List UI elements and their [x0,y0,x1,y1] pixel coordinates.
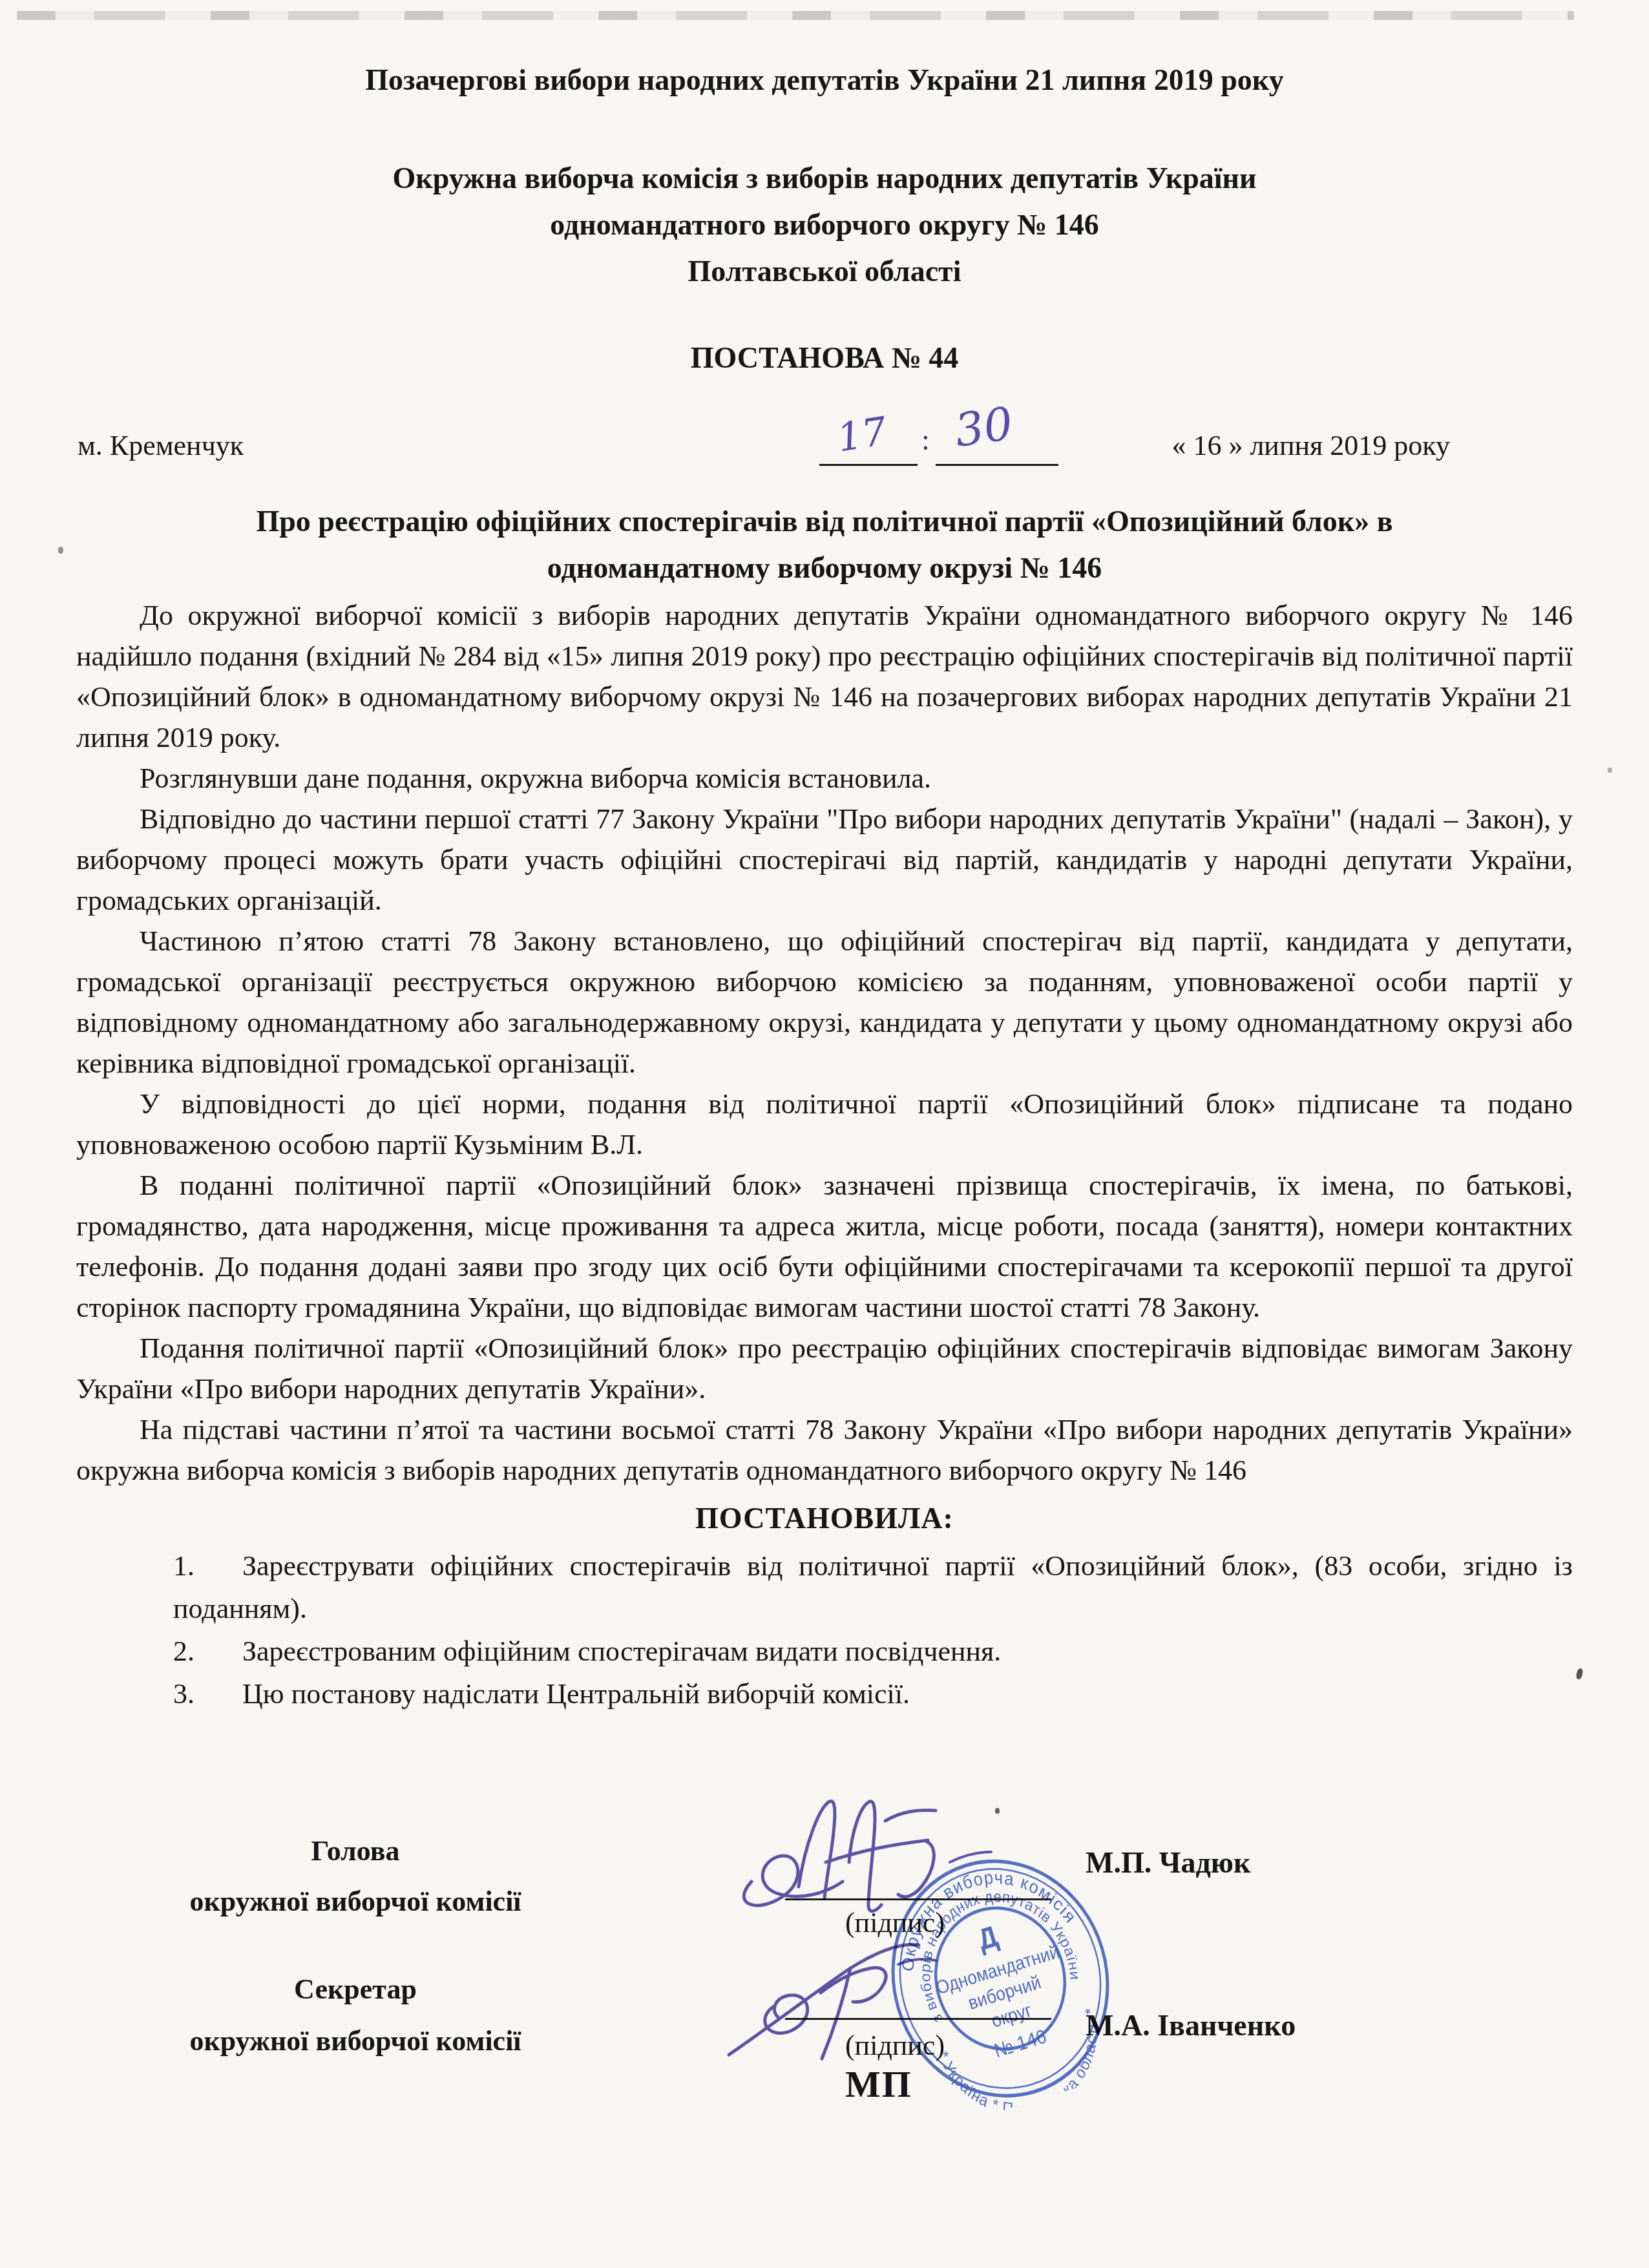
time-underline-minutes [936,464,1058,466]
resolution-number-title: ПОСТАНОВА № 44 [76,340,1573,376]
header-district-line: одномандатного виборчого округу № 146 [76,202,1573,248]
secretary-signature-caption: (підпис) [792,2029,998,2062]
paragraph: Розглянувши дане подання, окружна виборч… [76,758,1573,799]
paragraph: До окружної виборчої комісії з виборів н… [76,595,1573,758]
stamp-center-line: № 146 [992,2026,1049,2062]
paragraph: В поданні політичної партії «Опозиційний… [76,1165,1573,1328]
header-election-title: Позачергові вибори народних депутатів Ук… [76,0,1573,98]
secretary-signature-line [785,2018,1051,2020]
handwritten-hours: 17 [834,408,890,461]
round-stamp: Окружна виборча комісія з виборів народн… [854,1824,1146,2133]
subject-title: Про реєстрацію офіційних спостерігачів в… [159,498,1490,591]
stamp-center-line: виборчий [965,1971,1043,2013]
scan-speck [58,547,63,554]
secretary-signature-ink [711,1931,995,2070]
secretary-name: М.А. Іванченко [1086,2008,1296,2042]
chairman-role-line1: Голова [220,1834,491,1869]
item-text: Зареєстрованим офіційним спостерігачам в… [242,1635,1001,1667]
stamp-center-line: Одномандатний [934,1941,1062,1999]
item-number: 2. [173,1630,242,1673]
paragraph: Частиною п’ятою статті 78 Закону встанов… [76,921,1573,1084]
stamp-ring-middle-text: з виборів народних депутатів України [895,1867,1087,2027]
city-label: м. Кременчук [78,429,244,462]
stamp-center-line: округ [989,1999,1034,2032]
chairman-name: М.П. Чадюк [1086,1845,1250,1880]
svg-text:з виборів народних депутатів У: з виборів народних депутатів України [895,1867,1087,2027]
paragraph: На підставі частини п’ятої та частини во… [76,1409,1573,1491]
chairman-role-line2: окружної виборчої комісії [174,1884,536,1919]
stamp-center-letter: Д [974,1920,1002,1957]
paragraph: Подання політичної партії «Опозиційний б… [76,1328,1573,1409]
handwritten-minutes: 30 [952,397,1016,457]
seal-place-mark: МП [845,2063,912,2106]
secretary-role-line2: окружної виборчої комісії [174,2024,536,2059]
header-commission-block: Окружна виборча комісія з виборів народн… [76,155,1573,295]
secretary-role-line1: Секретар [220,1972,491,2007]
header-region-line: Полтавської області [76,248,1573,295]
resolution-item: 2.Зареєстрованим офіційним спостерігачам… [173,1630,1573,1673]
time-underline-hours [819,464,918,466]
resolution-items: 1.Зареєструвати офіційних спостерігачів … [76,1545,1573,1716]
stamp-ring-top-text: Окружна виборча комісія [877,1843,1082,1978]
chairman-signature-line [785,1898,1051,1900]
resolved-heading: ПОСТАНОВИЛА: [76,1500,1573,1537]
scan-speck [995,1808,1000,1814]
resolution-item: 3.Цю постанову надіслати Центральній виб… [173,1673,1573,1716]
document-date: « 16 » липня 2019 року [1171,429,1450,462]
scan-speck [1575,1668,1584,1680]
svg-text:* Україна * Полтавська область: * Україна * Полтавська область * [934,2004,1124,2133]
header-commission-line: Окружна виборча комісія з виборів народн… [76,155,1573,202]
paragraph: Відповідно до частини першої статті 77 З… [76,799,1573,921]
item-number: 1. [173,1545,242,1588]
scan-speck [1608,768,1612,773]
handwritten-time-group: 17 : 30 [818,411,1077,482]
time-colon: : [921,423,930,457]
document-content: Позачергові вибори народних депутатів Ук… [76,0,1573,1716]
chairman-signature-caption: (підпис) [792,1906,998,1939]
resolution-item: 1.Зареєструвати офіційних спостерігачів … [173,1545,1573,1630]
place-date-row: м. Кременчук « 16 » липня 2019 року 17 :… [76,411,1573,488]
paragraph: У відповідності до цієї норми, подання в… [76,1084,1573,1165]
item-text: Зареєструвати офіційних спостерігачів ві… [173,1550,1573,1624]
body-text: До окружної виборчої комісії з виборів н… [76,595,1573,1491]
item-text: Цю постанову надіслати Центральній вибор… [242,1678,910,1710]
chairman-signature-ink [722,1785,1000,1924]
stamp-ring-bottom-text: * Україна * Полтавська область * [934,2004,1124,2133]
document-page: Позачергові вибори народних депутатів Ук… [0,0,1649,2268]
svg-text:Окружна виборча комісія: Окружна виборча комісія [877,1843,1082,1978]
item-number: 3. [173,1673,242,1716]
